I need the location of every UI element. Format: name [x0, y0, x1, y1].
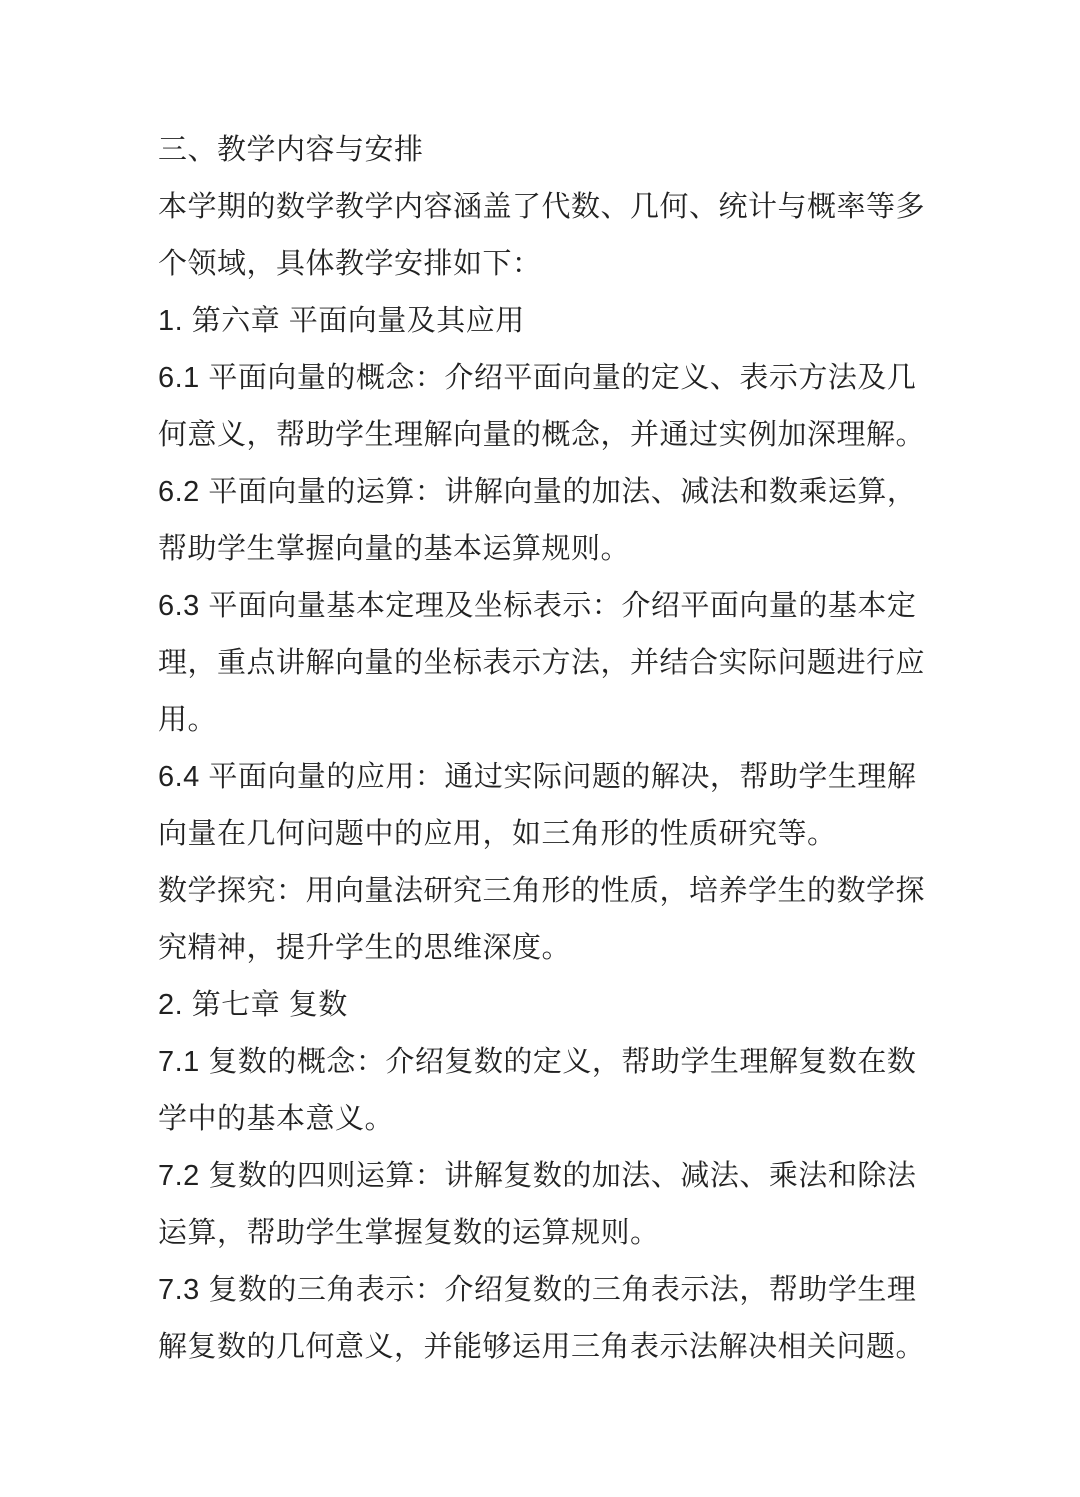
doc-line-6-1-b: 何意义，帮助学生理解向量的概念，并通过实例加深理解。: [158, 407, 933, 464]
doc-line-6-3-b: 理，重点讲解向量的坐标表示方法，并结合实际问题进行应: [158, 635, 933, 692]
doc-line-7-1-a: 7.1 复数的概念：介绍复数的定义，帮助学生理解复数在数: [158, 1034, 933, 1091]
doc-line-6-3-c: 用。: [158, 692, 933, 749]
doc-line-exploration-a: 数学探究：用向量法研究三角形的性质，培养学生的数学探: [158, 863, 933, 920]
doc-line-7-3-a: 7.3 复数的三角表示：介绍复数的三角表示法，帮助学生理: [158, 1262, 933, 1319]
doc-line-chapter7-title: 2. 第七章 复数: [158, 977, 933, 1034]
doc-line-6-2-a: 6.2 平面向量的运算：讲解向量的加法、减法和数乘运算，: [158, 464, 933, 521]
doc-line-6-3-a: 6.3 平面向量基本定理及坐标表示：介绍平面向量的基本定: [158, 578, 933, 635]
doc-line-6-2-b: 帮助学生掌握向量的基本运算规则。: [158, 521, 933, 578]
doc-line-7-2-a: 7.2 复数的四则运算：讲解复数的加法、减法、乘法和除法: [158, 1148, 933, 1205]
doc-line-7-2-b: 运算，帮助学生掌握复数的运算规则。: [158, 1205, 933, 1262]
doc-line-7-1-b: 学中的基本意义。: [158, 1091, 933, 1148]
doc-line-6-4-b: 向量在几何问题中的应用，如三角形的性质研究等。: [158, 806, 933, 863]
doc-line-7-3-b: 解复数的几何意义，并能够运用三角表示法解决相关问题。: [158, 1319, 933, 1376]
document-text-block: 三、教学内容与安排 本学期的数学教学内容涵盖了代数、几何、统计与概率等多 个领域…: [158, 122, 933, 1376]
section-heading: 三、教学内容与安排: [158, 122, 933, 179]
document-page: 三、教学内容与安排 本学期的数学教学内容涵盖了代数、几何、统计与概率等多 个领域…: [0, 0, 1080, 1497]
doc-line-intro-1: 本学期的数学教学内容涵盖了代数、几何、统计与概率等多: [158, 179, 933, 236]
doc-line-6-4-a: 6.4 平面向量的应用：通过实际问题的解决，帮助学生理解: [158, 749, 933, 806]
doc-line-exploration-b: 究精神，提升学生的思维深度。: [158, 920, 933, 977]
doc-line-chapter6-title: 1. 第六章 平面向量及其应用: [158, 293, 933, 350]
doc-line-6-1-a: 6.1 平面向量的概念：介绍平面向量的定义、表示方法及几: [158, 350, 933, 407]
doc-line-intro-2: 个领域，具体教学安排如下：: [158, 236, 933, 293]
